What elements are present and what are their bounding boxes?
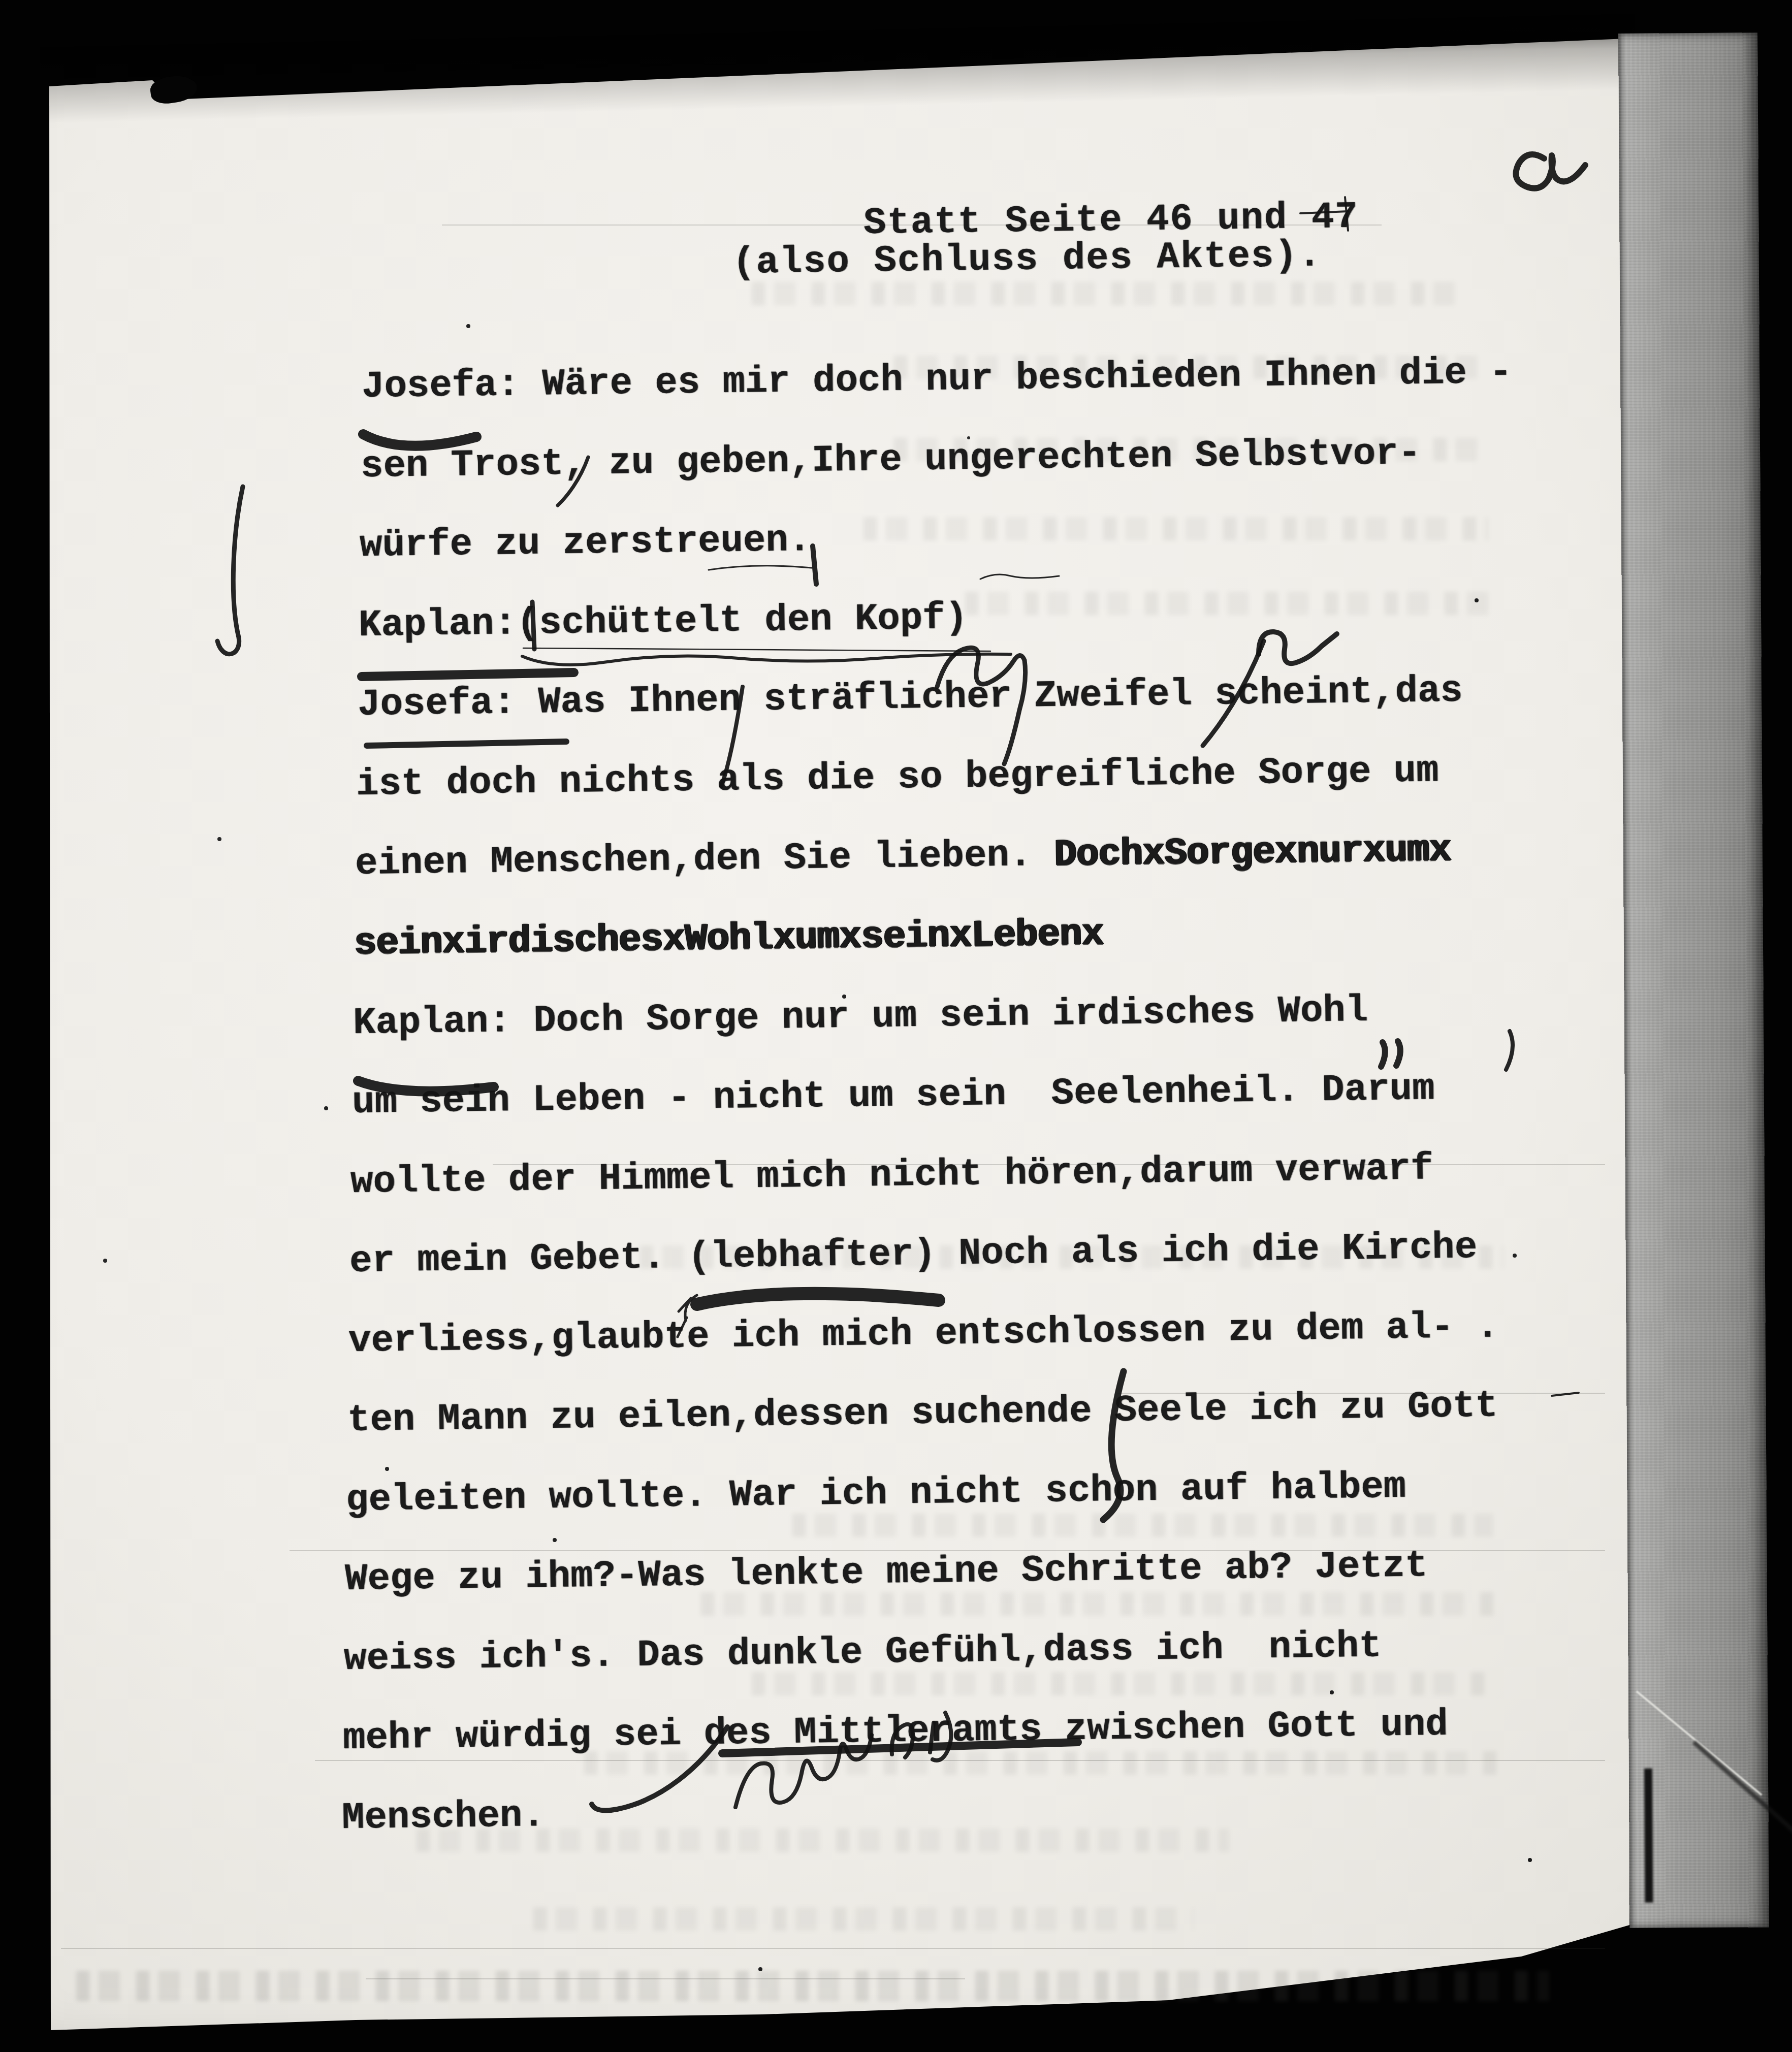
page-edge-strip bbox=[1618, 33, 1769, 1928]
scanned-manuscript-page: Statt Seite 46 und 47 (also Schluss des … bbox=[0, 0, 1792, 2052]
typed-segment: ts zwischen Gott und bbox=[997, 1704, 1448, 1752]
typed-line-8: seinxirdischesxWohlxumxseinxLebenx bbox=[354, 914, 1104, 964]
typed-line-19: Menschen. bbox=[341, 1795, 545, 1839]
bleedthrough-line bbox=[701, 1592, 1493, 1616]
typed-segment: einen Menschen,den Sie lieben. bbox=[355, 834, 1054, 885]
bleedthrough-line bbox=[863, 517, 1488, 540]
scanner-shadow-bar bbox=[1644, 1769, 1653, 1903]
typed-line-4: Kaplan:(schüttelt den Kopf) bbox=[358, 598, 968, 646]
struck-through-text: des Mittleram bbox=[703, 1709, 997, 1755]
bleedthrough-line bbox=[752, 282, 1463, 305]
bleedthrough-line bbox=[965, 592, 1498, 615]
hairline bbox=[366, 1978, 965, 1979]
bleedthrough-line bbox=[752, 1672, 1493, 1695]
typed-segment: mehr würdig sei bbox=[342, 1713, 704, 1760]
bleedthrough-line bbox=[533, 1907, 1194, 1931]
overtyped-deleted-text: DochxSorgexnurxumx bbox=[1054, 829, 1451, 877]
header-line-2: (also Schluss des Aktes). bbox=[732, 235, 1322, 283]
bottom-smudge bbox=[76, 1971, 1549, 2001]
typed-line-3: würfe zu zerstreuen. bbox=[359, 520, 811, 566]
hairline bbox=[61, 1948, 1605, 1949]
paper-edge-texture bbox=[1618, 33, 1769, 1928]
bleedthrough-line bbox=[792, 1514, 1493, 1537]
ink-specks bbox=[0, 0, 2, 2]
hairline bbox=[315, 1760, 1605, 1761]
